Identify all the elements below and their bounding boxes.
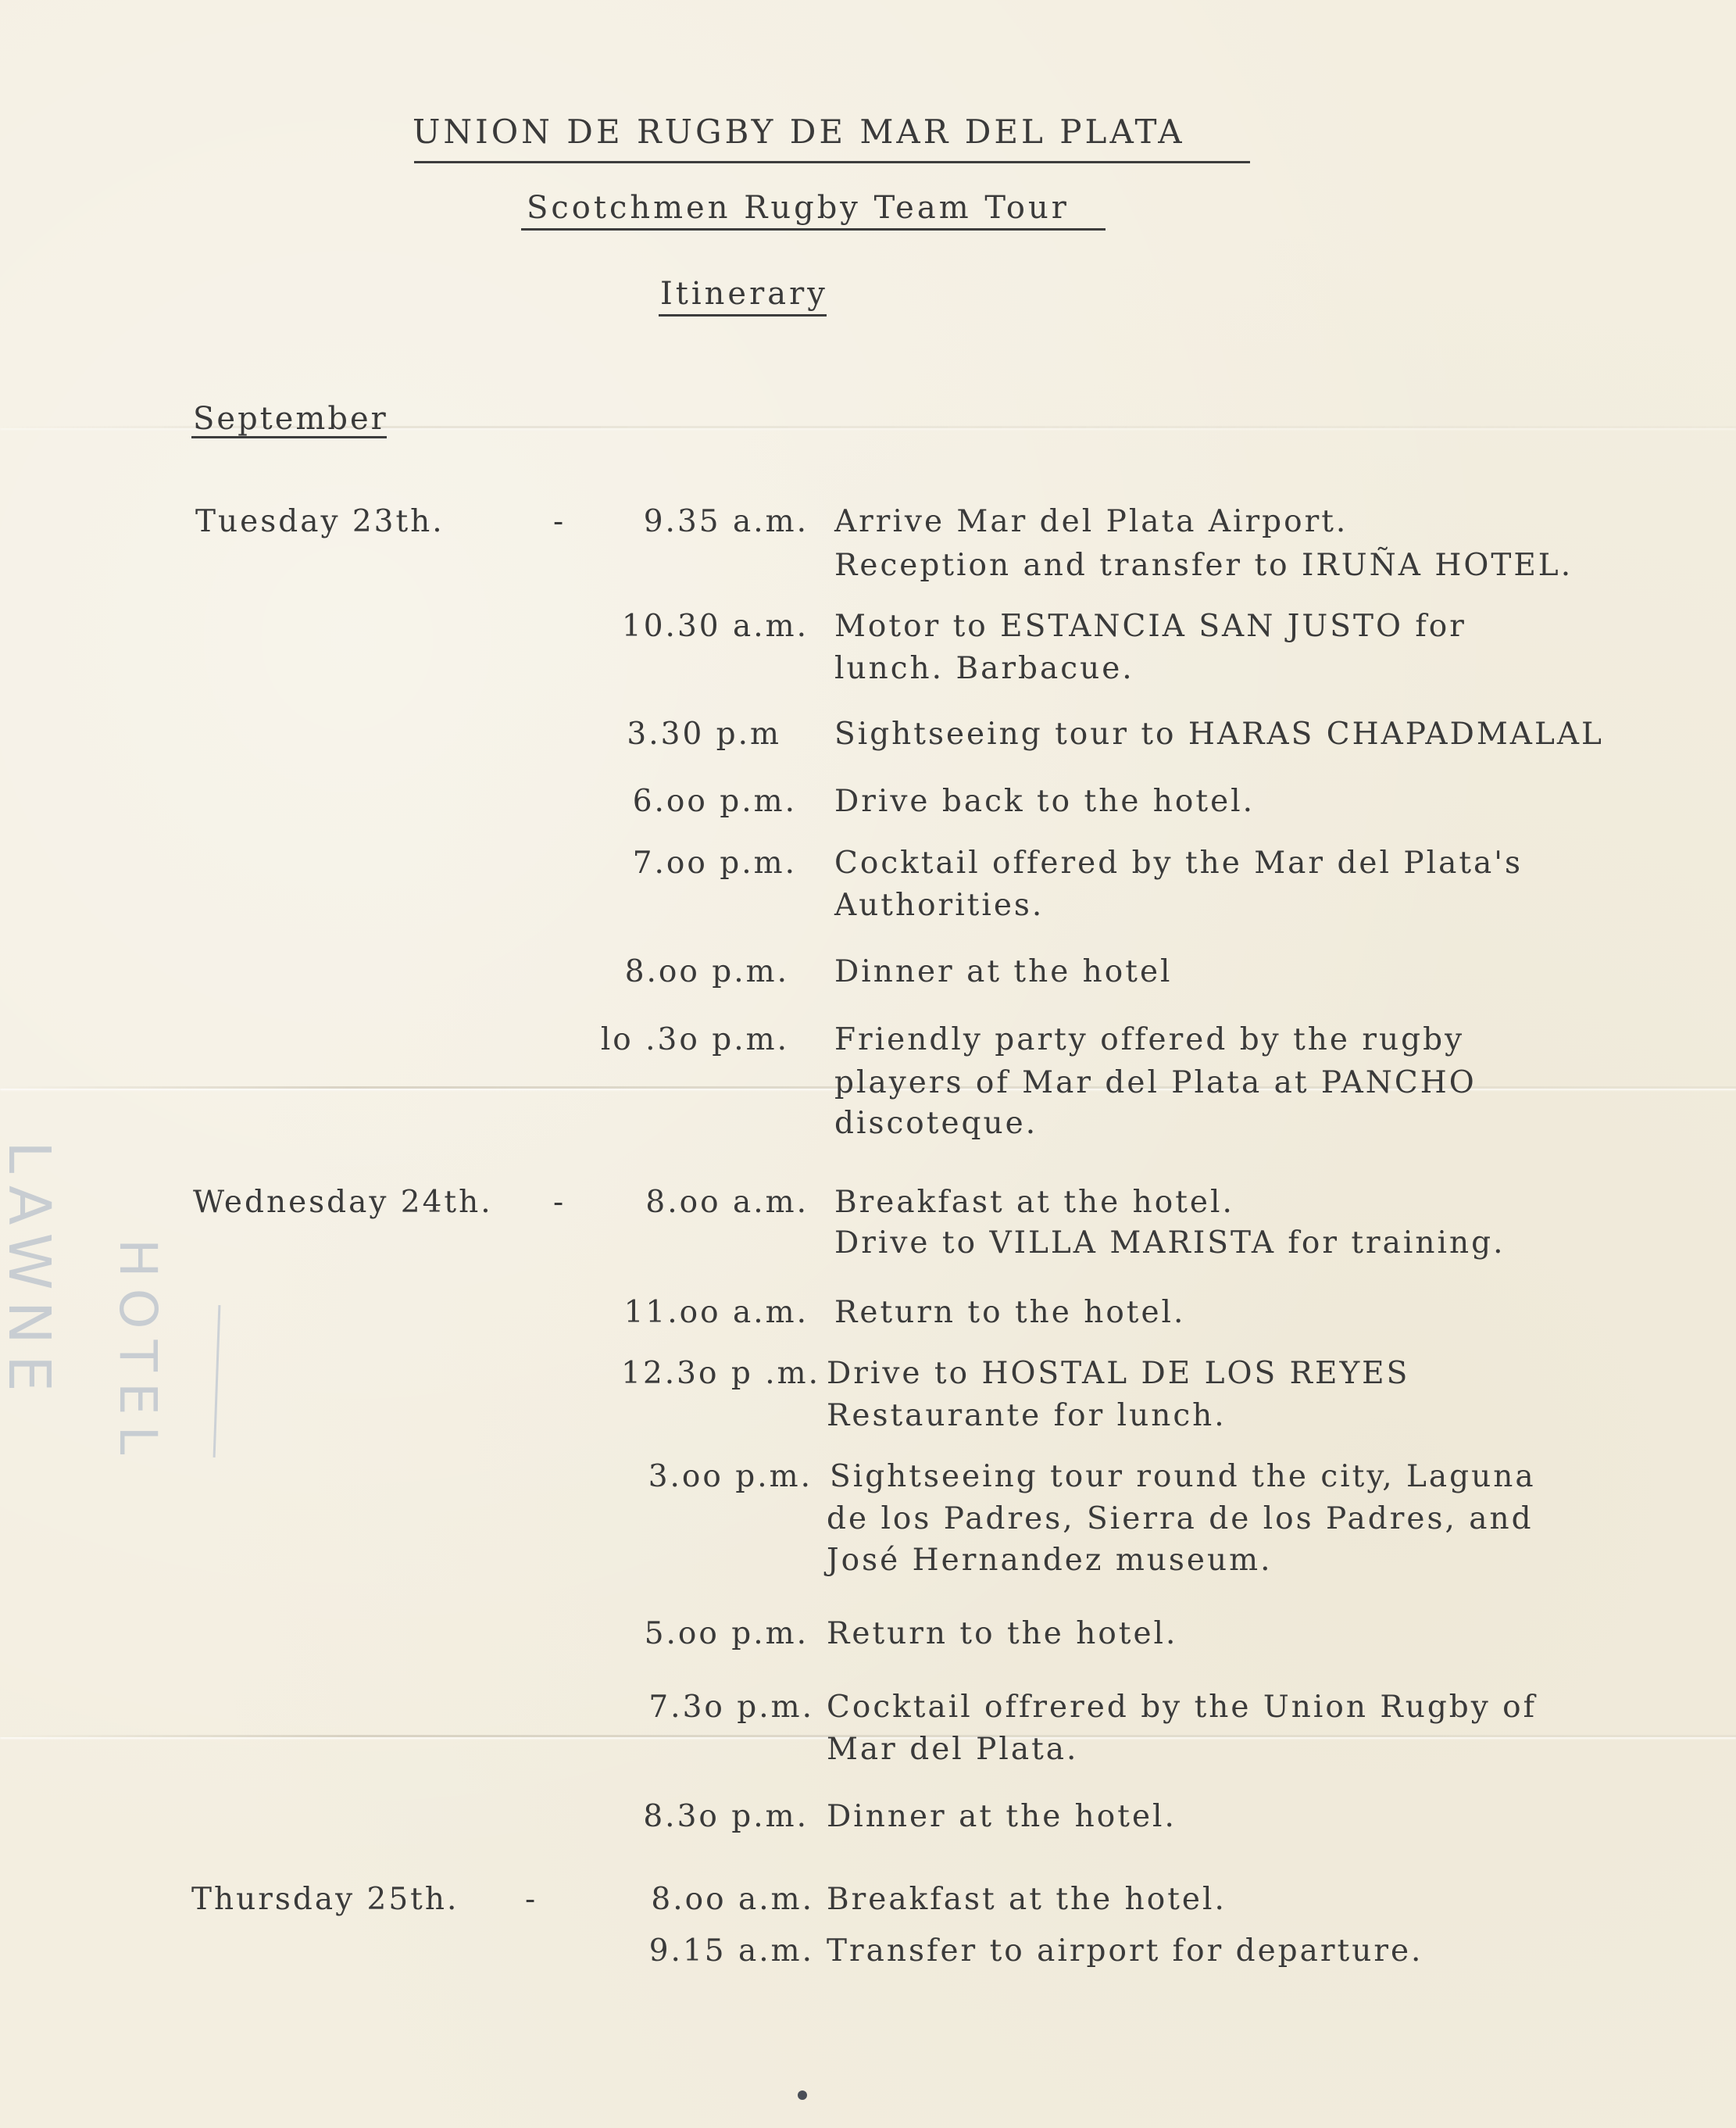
event-line: Cocktail offrered by the Union Rugby of <box>827 1692 1537 1722</box>
event-time: 9.15 a.m. <box>556 1936 814 1966</box>
handwritten-annotation: LAWNE <box>0 1141 63 1403</box>
event-time: 8.oo a.m. <box>551 1187 809 1218</box>
event-line: Authorities. <box>834 890 1044 921</box>
event-line: Breakfast at the hotel. <box>827 1884 1227 1915</box>
event-line: Breakfast at the hotel. <box>834 1187 1234 1218</box>
event-line: Cocktail offered by the Mar del Plata's <box>834 848 1523 878</box>
pencil-stroke <box>213 1305 221 1457</box>
tour-subtitle: Scotchmen Rugby Team Tour <box>527 192 1070 224</box>
event-line: Drive to HOSTAL DE LOS REYES <box>827 1358 1409 1389</box>
event-time: 12.3o p .m. <box>563 1358 820 1389</box>
event-time: lo .3o p.m. <box>531 1025 789 1055</box>
event-line: Sightseeing tour to HARAS CHAPADMALAL <box>834 719 1604 749</box>
event-line: Mar del Plata. <box>827 1734 1078 1765</box>
event-time: 5.oo p.m. <box>551 1618 809 1649</box>
event-line: Return to the hotel. <box>834 1297 1185 1328</box>
event-line: Return to the hotel. <box>827 1618 1177 1649</box>
event-time: 10.30 a.m. <box>551 611 809 642</box>
handwritten-annotation: HOTEL <box>108 1239 168 1465</box>
event-line: Drive back to the hotel. <box>834 786 1255 817</box>
event-time: 6.oo p.m. <box>539 786 797 817</box>
event-time: 3.oo p.m. <box>555 1461 813 1492</box>
month-underline <box>191 436 387 438</box>
day-label: Tuesday 23th. <box>195 506 445 537</box>
organization-title: UNION DE RUGBY DE MAR DEL PLATA <box>413 116 1185 148</box>
subtitle-underline <box>521 228 1106 231</box>
event-time: 7.oo p.m. <box>539 848 797 878</box>
event-time: 11.oo a.m. <box>551 1297 809 1328</box>
ink-dot <box>798 2090 807 2100</box>
title-underline <box>414 161 1250 163</box>
event-time: 9.35 a.m. <box>551 506 809 537</box>
itinerary-underline <box>659 314 827 317</box>
event-line: Drive to VILLA MARISTA for training. <box>834 1228 1505 1258</box>
event-line: José Hernandez museum. <box>827 1545 1273 1575</box>
itinerary-heading: Itinerary <box>660 278 828 309</box>
day-label: Wednesday 24th. <box>193 1187 493 1218</box>
event-line: Dinner at the hotel. <box>827 1801 1177 1832</box>
event-time: 8.3o p.m. <box>551 1801 809 1832</box>
event-line: Friendly party offered by the rugby <box>834 1025 1464 1055</box>
event-line: de los Padres, Sierra de los Padres, and <box>827 1504 1534 1534</box>
event-line: discoteque. <box>834 1108 1038 1139</box>
event-time: 3.30 p.m <box>523 719 781 749</box>
event-line: lunch. Barbacue. <box>834 653 1134 684</box>
event-line: Reception and transfer to IRUÑA HOTEL. <box>834 550 1573 581</box>
day-dash: - <box>525 1884 538 1915</box>
event-line: players of Mar del Plata at PANCHO <box>834 1068 1477 1098</box>
event-line: Transfer to airport for departure. <box>827 1936 1423 1966</box>
event-line: Dinner at the hotel <box>834 957 1173 987</box>
month-label: September <box>193 403 388 435</box>
event-line: Sightseeing tour round the city, Laguna <box>830 1461 1536 1492</box>
day-label: Thursday 25th. <box>191 1884 459 1915</box>
event-time: 8.oo p.m. <box>531 957 789 987</box>
event-line: Restaurante for lunch. <box>827 1400 1227 1431</box>
event-line: Motor to ESTANCIA SAN JUSTO for <box>834 611 1466 642</box>
event-time: 8.oo a.m. <box>556 1884 814 1915</box>
event-line: Arrive Mar del Plata Airport. <box>834 506 1348 537</box>
event-time: 7.3o p.m. <box>556 1692 814 1722</box>
